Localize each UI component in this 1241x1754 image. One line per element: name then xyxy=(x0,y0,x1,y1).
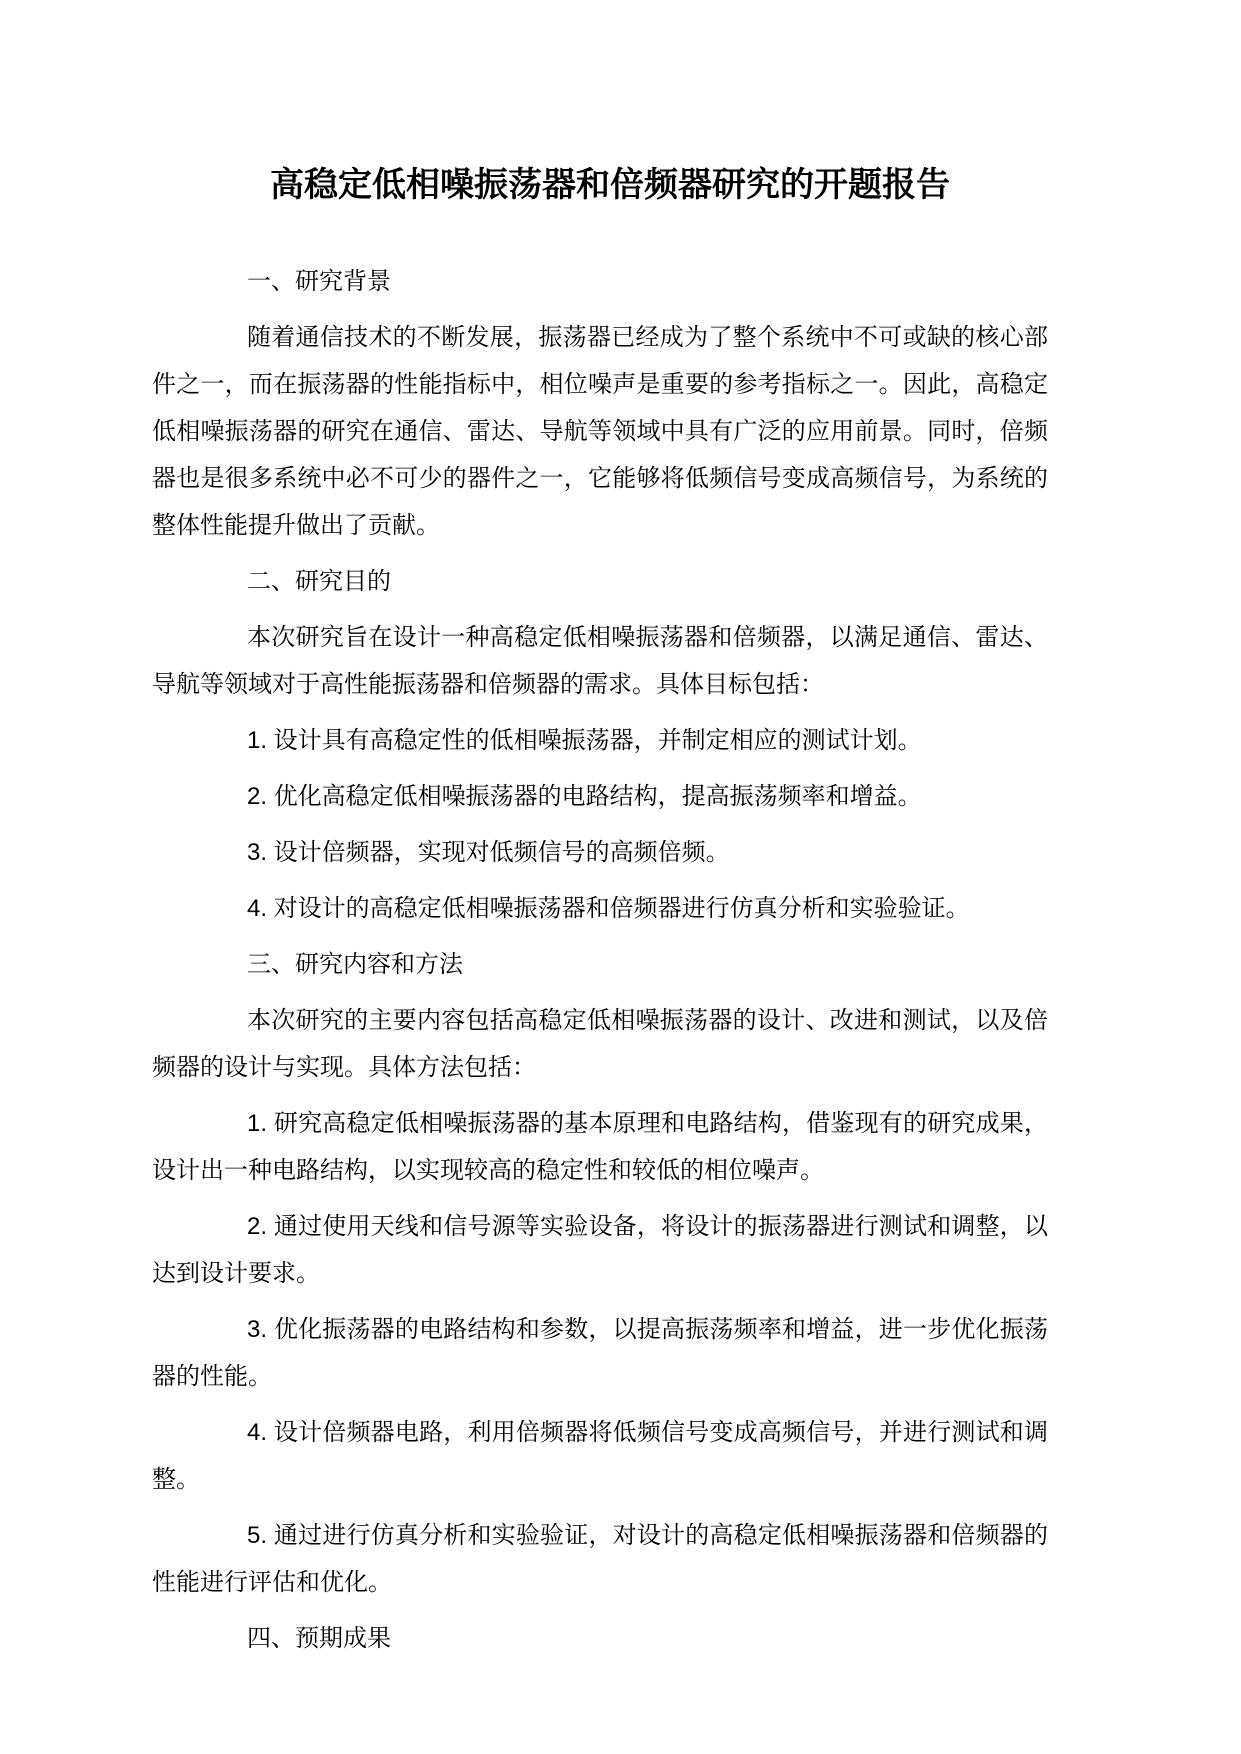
list-item: 4. 对设计的高稳定低相噪振荡器和倍频器进行仿真分析和实验验证。 xyxy=(152,885,1048,932)
list-item: 2. 通过使用天线和信号源等实验设备，将设计的振荡器进行测试和调整，以达到设计要… xyxy=(152,1203,1048,1297)
section-3-heading: 三、研究内容和方法 xyxy=(152,941,1048,988)
paragraph: 随着通信技术的不断发展，振荡器已经成为了整个系统中不可或缺的核心部件之一，而在振… xyxy=(152,314,1048,549)
document-page: 高稳定低相噪振荡器和倍频器研究的开题报告 一、研究背景 随着通信技术的不断发展，… xyxy=(0,0,1241,1754)
section-2-heading: 二、研究目的 xyxy=(152,558,1048,605)
list-item: 4. 设计倍频器电路，利用倍频器将低频信号变成高频信号，并进行测试和调整。 xyxy=(152,1409,1048,1503)
list-item: 1. 设计具有高稳定性的低相噪振荡器，并制定相应的测试计划。 xyxy=(152,717,1048,764)
list-item: 5. 通过进行仿真分析和实验验证，对设计的高稳定低相噪振荡器和倍频器的性能进行评… xyxy=(152,1512,1048,1606)
paragraph: 本次研究旨在设计一种高稳定低相噪振荡器和倍频器，以满足通信、雷达、导航等领域对于… xyxy=(152,614,1048,708)
section-4-heading: 四、预期成果 xyxy=(152,1615,1048,1662)
list-item: 1. 研究高稳定低相噪振荡器的基本原理和电路结构，借鉴现有的研究成果，设计出一种… xyxy=(152,1100,1048,1194)
list-item: 3. 设计倍频器，实现对低频信号的高频倍频。 xyxy=(152,829,1048,876)
list-item: 2. 优化高稳定低相噪振荡器的电路结构，提高振荡频率和增益。 xyxy=(152,773,1048,820)
document-title: 高稳定低相噪振荡器和倍频器研究的开题报告 xyxy=(172,160,1048,210)
list-item: 3. 优化振荡器的电路结构和参数，以提高振荡频率和增益，进一步优化振荡器的性能。 xyxy=(152,1306,1048,1400)
paragraph: 本次研究的主要内容包括高稳定低相噪振荡器的设计、改进和测试，以及倍频器的设计与实… xyxy=(152,997,1048,1091)
section-1-heading: 一、研究背景 xyxy=(152,258,1048,305)
